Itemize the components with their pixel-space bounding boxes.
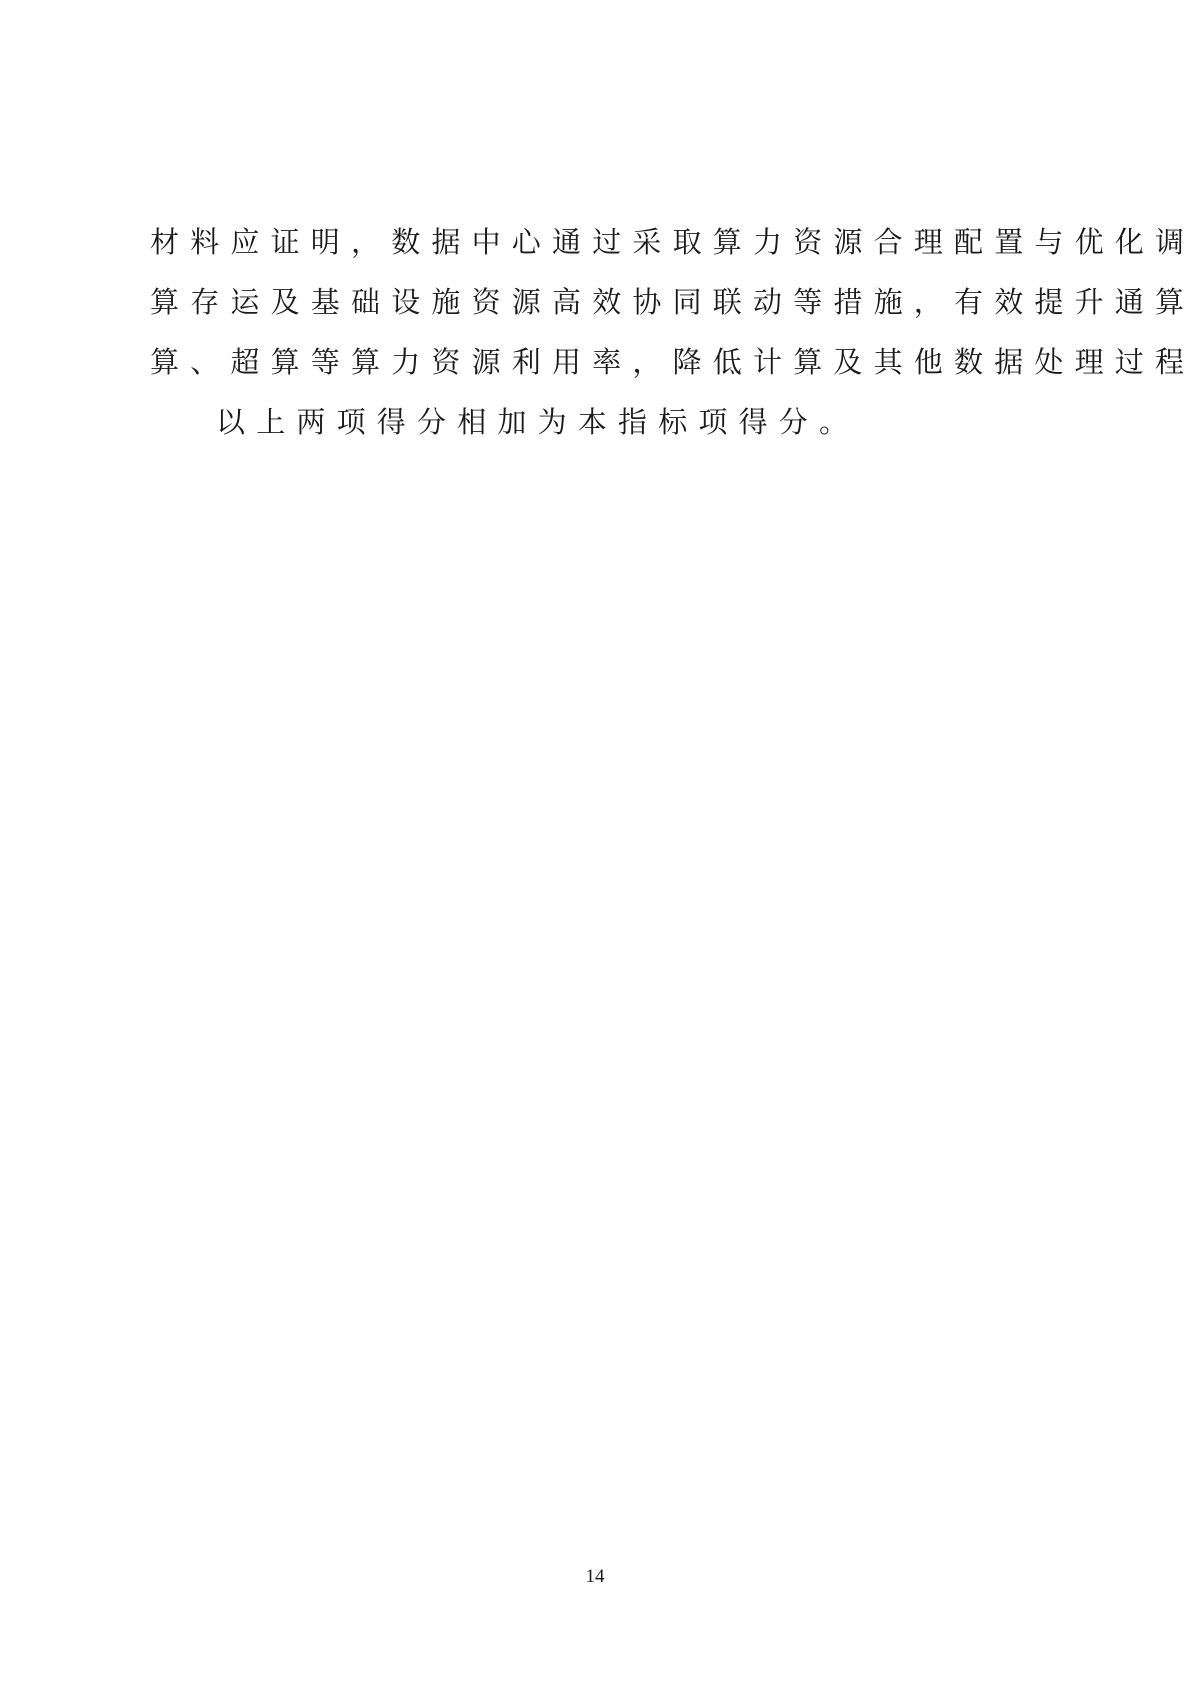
document-page: 材料应证明，数据中心通过采取算力资源合理配置与优化调度、 算存运及基础设施资源高… — [0, 0, 1190, 1683]
body-text: 材料应证明，数据中心通过采取算力资源合理配置与优化调度、 算存运及基础设施资源高… — [150, 212, 1050, 452]
paragraph-evidence-requirement: 材料应证明，数据中心通过采取算力资源合理配置与优化调度、 算存运及基础设施资源高… — [150, 212, 1050, 392]
text-line: 算存运及基础设施资源高效协同联动等措施，有效提升通算、智 — [150, 272, 1050, 332]
text-line: 材料应证明，数据中心通过采取算力资源合理配置与优化调度、 — [150, 212, 1050, 272]
text-line: 以上两项得分相加为本指标项得分。 — [150, 392, 1050, 452]
page-number: 14 — [0, 1566, 1190, 1588]
text-line: 算、超算等算力资源利用率，降低计算及其他数据处理过程能耗。 — [150, 332, 1050, 392]
paragraph-score-summary: 以上两项得分相加为本指标项得分。 — [150, 392, 1050, 452]
